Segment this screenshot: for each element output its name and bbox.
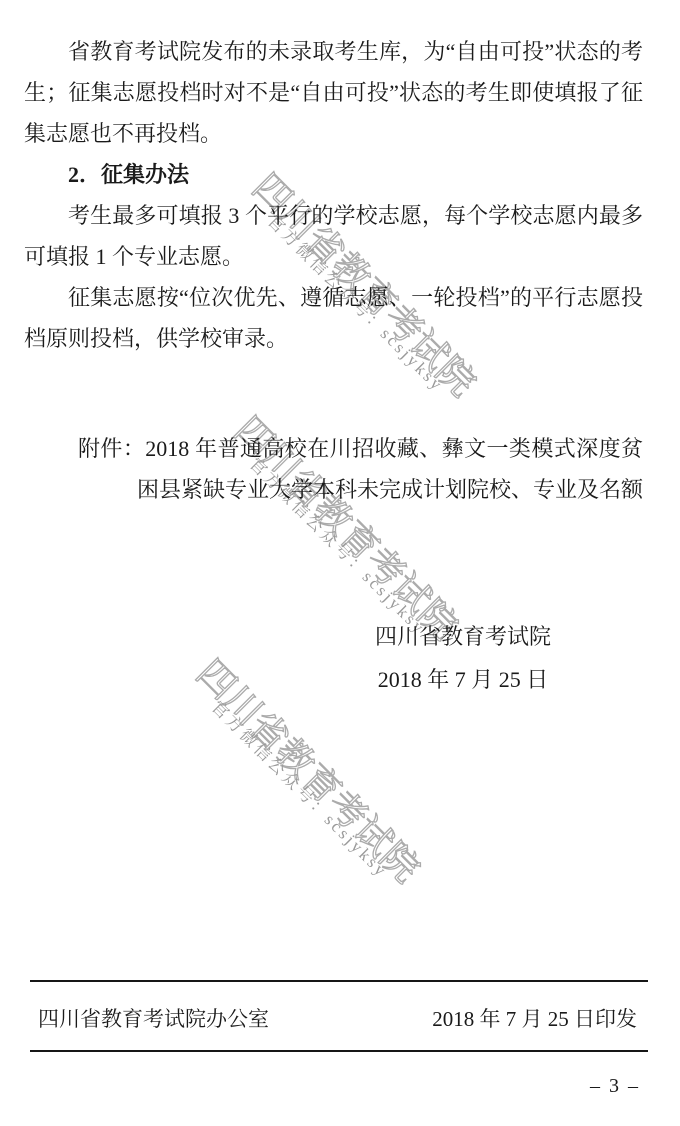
attachment-title: 2018 年普通高校在川招收藏、彝文一类模式深度贫困县紧缺专业大学本科未完成计划…: [137, 436, 643, 502]
watermark-sub-text: 官方微信公众号：scsjyksy: [208, 698, 405, 895]
signature-date: 2018 年 7 月 25 日: [375, 658, 551, 701]
paragraph-volunteer-limits: 考生最多可填报 3 个平行的学校志愿，每个学校志愿内最多可填报 1 个专业志愿。: [24, 195, 643, 277]
signature-block: 四川省教育考试院 2018 年 7 月 25 日: [375, 615, 551, 701]
paragraph-unadmitted-pool: 省教育考试院发布的未录取考生库，为“自由可投”状态的考生；征集志愿投档时对不是“…: [24, 31, 643, 154]
document-content: 省教育考试院发布的未录取考生库，为“自由可投”状态的考生；征集志愿投档时对不是“…: [0, 0, 680, 701]
paragraph-archiving-principle: 征集志愿按“位次优先、遵循志愿、一轮投档”的平行志愿投档原则投档，供学校审录。: [24, 277, 643, 359]
signature-organization: 四川省教育考试院: [375, 615, 551, 658]
section-heading-collection-method: 2．征集办法: [24, 154, 643, 195]
attachment-note: 附件：2018 年普通高校在川招收藏、彝文一类模式深度贫困县紧缺专业大学本科未完…: [24, 428, 643, 510]
attachment-label: 附件：: [78, 436, 145, 461]
document-page: 四川省教育考试院 官方微信公众号：scsjyksy 四川省教育考试院 官方微信公…: [0, 0, 680, 1126]
